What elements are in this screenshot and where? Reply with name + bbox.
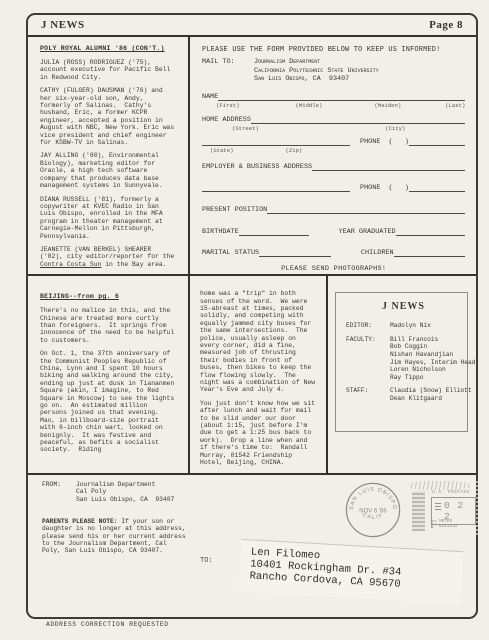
to-label: TO: (200, 557, 213, 565)
state-zip-field-line (202, 138, 350, 146)
meter-crest-decoration (412, 491, 425, 531)
alumni-entry: JULIA (ROSS) RODRIGUEZ ('75), account ex… (40, 59, 178, 81)
name-field-line (218, 93, 465, 101)
phone2-row: PHONE ( ) (202, 184, 465, 192)
publication-name: Contra Costa Sun (40, 261, 101, 268)
birthdate-row: BIRTHDATE YEAR GRADUATED (202, 228, 465, 236)
beijing-column-1: BEIJING--from pg. 6 There's no malice in… (28, 276, 190, 472)
children-label: CHILDREN (361, 249, 394, 257)
address-sublabels: (Street) (City) (202, 125, 465, 132)
beijing-paragraph: There's no malice in this, and the Chine… (40, 307, 178, 344)
alumni-title: POLY ROYAL ALUMNI '86 (CON'T.) (40, 45, 178, 52)
beijing-heading: BEIJING--from pg. 6 (40, 293, 178, 300)
birthdate-label: BIRTHDATE (202, 228, 239, 236)
name-row: NAME (202, 93, 465, 101)
staff-name: Dean Klitgaard (390, 395, 472, 403)
beijing-paragraph: On Oct. 1, the 37th anniversary of the C… (40, 350, 178, 454)
meter-number: 8201535 (439, 524, 457, 529)
staff-row: STAFF: Claudia (Snow) Elliott Dean Klitg… (346, 387, 461, 402)
mail-to-block: MAIL TO: Journalism Department Californi… (202, 58, 465, 84)
home-address-row: HOME ADDRESS (202, 116, 465, 124)
middle-section: BEIJING--from pg. 6 There's no malice in… (28, 276, 476, 474)
page-header: J NEWS Page 8 (28, 15, 476, 37)
mail-to-line: San Luis Obispo, CA 93407 (254, 75, 379, 84)
meter-decoration (408, 481, 470, 490)
postmark-circle: SAN LUIS OBISPO NOV 6 '86 CALIF (344, 481, 402, 539)
masthead-title: J NEWS (41, 19, 85, 31)
editor-name: Madolyn Nix (390, 322, 431, 330)
phone2-field-line (409, 184, 465, 192)
meter-bars-decoration (435, 503, 441, 510)
marital-row: MARITAL STATUS CHILDREN (202, 249, 465, 257)
form-intro: PLEASE USE THE FORM PROVIDED BELOW TO KE… (202, 46, 465, 54)
jnews-staff-box: J NEWS EDITOR: Madolyn Nix FACULTY: Bill… (335, 292, 468, 432)
reader-info-form: PLEASE USE THE FORM PROVIDED BELOW TO KE… (190, 37, 477, 274)
faculty-name: Nishan Havandjian (390, 351, 475, 359)
editor-row: EDITOR: Madolyn Nix (346, 322, 461, 330)
faculty-row: FACULTY: Bill Francois Bob Coggin Nishan… (346, 336, 461, 382)
beijing-paragraph: You just don't know how we sit after lun… (200, 400, 318, 467)
year-graduated-field-line (396, 228, 466, 236)
from-line: San Luis Obispo, CA 93407 (76, 496, 174, 504)
phone-field-line (409, 138, 465, 146)
mail-to-label: MAIL TO: (202, 58, 254, 84)
birthdate-field-line (239, 228, 309, 236)
staff-label: STAFF: (346, 387, 390, 402)
home-address-field-line (251, 116, 465, 124)
top-section: POLY ROYAL ALUMNI '86 (CON'T.) JULIA (RO… (28, 37, 476, 276)
alumni-entry: JEANETTE (VAN BERKEL) SHEARER ('82), cit… (40, 246, 178, 268)
meter-postage-label: U.S. POSTAGE (432, 490, 470, 495)
present-position-label: PRESENT POSITION (202, 206, 267, 214)
newsletter-page: J NEWS Page 8 POLY ROYAL ALUMNI '86 (CON… (26, 13, 478, 619)
editor-label: EDITOR: (346, 322, 390, 330)
staff-name: Claudia (Snow) Elliott (390, 387, 472, 395)
beijing-paragraph: home was a "trip" in both senses of the … (200, 290, 318, 394)
address-correction-notice: ADDRESS CORRECTION REQUESTED (46, 621, 169, 628)
alumni-column: POLY ROYAL ALUMNI '86 (CON'T.) JULIA (RO… (28, 37, 190, 274)
form-footer: PLEASE SEND PHOTOGRAPHS! (202, 265, 465, 273)
present-position-row: PRESENT POSITION (202, 206, 465, 214)
alumni-entry: JAY ALLING ('80), Environmental Biology)… (40, 152, 178, 189)
alumni-entry: CATHY (FULGER) DAUSMAN ('76) and her six… (40, 87, 178, 146)
from-block: FROM: Journalism Department Cal Poly San… (42, 481, 174, 504)
from-line: Cal Poly (76, 488, 174, 496)
faculty-name: Bill Francois (390, 336, 475, 344)
faculty-label: FACULTY: (346, 336, 390, 382)
home-address-label: HOME ADDRESS (202, 116, 251, 124)
page-number: Page 8 (429, 19, 463, 31)
children-field-line (394, 249, 466, 257)
state-zip-phone-row: PHONE ( ) (202, 138, 465, 146)
parents-note: PARENTS PLEASE NOTE: If your son or daug… (42, 518, 188, 555)
employer-label: EMPLOYER & BUSINESS ADDRESS (202, 163, 312, 171)
parents-note-lead: PARENTS PLEASE NOTE: (42, 518, 118, 525)
faculty-name: Jim Hayes, Interim Head (390, 359, 475, 367)
from-label: FROM: (42, 481, 76, 504)
jnews-box-title: J NEWS (346, 301, 461, 312)
phone2-label: PHONE ( ) (360, 184, 409, 192)
state-zip-sublabels: (State) (Zip) (202, 147, 350, 154)
year-graduated-label: YEAR GRADUATED (339, 228, 396, 236)
beijing-column-2: home was a "trip" in both senses of the … (190, 276, 328, 472)
from-line: Journalism Department (76, 481, 174, 489)
employer-row: EMPLOYER & BUSINESS ADDRESS (202, 163, 465, 171)
mailing-panel: FROM: Journalism Department Cal Poly San… (28, 475, 476, 618)
marital-status-field-line (259, 249, 331, 257)
present-position-field-line (267, 206, 465, 214)
mail-to-line: California Polytechnic State University (254, 67, 379, 76)
alumni-entry: DIANA RUSSELL ('81), formerly a copywrit… (40, 196, 178, 240)
faculty-name: Ray Tippo (390, 374, 475, 382)
postmark-stamp: SAN LUIS OBISPO NOV 6 '86 CALIF (344, 481, 402, 539)
faculty-name: Bob Coggin (390, 343, 475, 351)
employer-field-line (312, 163, 465, 171)
mailing-address-label: Len Filomeo 10401 Rockingham Dr. #34 Ran… (239, 538, 464, 603)
postage-meter-stamp: U.S. POSTAGE 0 2 2 F METER8201535 (412, 481, 478, 535)
employer-field-line2 (202, 184, 350, 192)
phone-label: PHONE ( ) (360, 138, 409, 146)
name-sublabels: (First) (Middle) (Maiden) (Last) (202, 102, 465, 109)
meter-f-mark: F (430, 517, 437, 532)
name-label: NAME (202, 93, 218, 101)
masthead-column: J NEWS EDITOR: Madolyn Nix FACULTY: Bill… (328, 276, 476, 472)
mail-to-line: Journalism Department (254, 58, 379, 67)
marital-status-label: MARITAL STATUS (202, 249, 259, 257)
faculty-name: Loren Nicholson (390, 366, 475, 374)
